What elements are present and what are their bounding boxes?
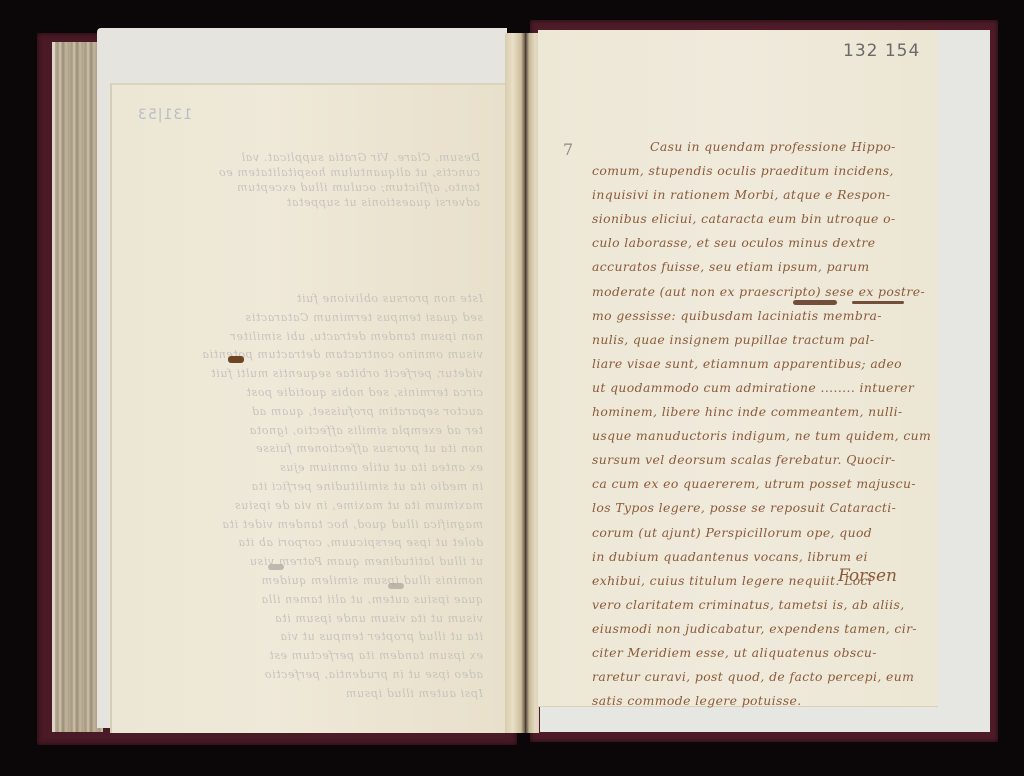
smudge-mark <box>268 564 284 570</box>
text-line: eiusmodi non judicabatur, expendens tame… <box>592 617 932 641</box>
bleed-line: maximum ita ut maxime, in via de ipsius <box>128 497 483 516</box>
strikethrough-blot <box>852 301 904 304</box>
signature: Forsen <box>838 566 897 586</box>
text-line: ut quodammodo cum admiratione ........ i… <box>592 376 932 400</box>
bleed-line: adversi quaestionis ut suppetat <box>140 195 480 210</box>
bleed-line: ita ut illud propter tempus ut via <box>128 628 483 647</box>
manuscript-text: Casu in quendam professione Hippo- comum… <box>592 135 932 713</box>
bleed-line: cunctis, ut aliquantulum hospitalitatem … <box>140 165 480 180</box>
bleed-line: visum ut ita visum unde ipsum ita <box>128 610 483 629</box>
strikethrough-blot <box>793 300 837 305</box>
bleed-line: ut illud latitudinem quam Patrem visu <box>128 553 483 572</box>
bleed-line: ex ipsum tandem ita perfectum est <box>128 647 483 666</box>
folio-number-right: 132 154 <box>843 41 920 61</box>
bleed-line: adeo ipse ut in prudentia, perfectio <box>128 666 483 685</box>
ink-stain <box>228 356 244 363</box>
text-line: sursum vel deorsum scalas ferebatur. Quo… <box>592 448 932 472</box>
gutter-left <box>505 33 525 733</box>
bleed-line: nominis illud ipsum similem quidem <box>128 572 483 591</box>
text-line: liare visae sunt, etiamnum apparentibus;… <box>592 352 932 376</box>
bleed-line: dolet ut ipse perspicuum, corpori ab ita <box>128 534 483 553</box>
text-line: usque manuductoris indigum, ne tum quide… <box>592 424 932 448</box>
margin-mark: 7 <box>563 140 573 159</box>
bleed-line: circa terminis, sed nobis quotidie post <box>128 384 483 403</box>
text-line: corum (ut ajunt) Perspicillorum ope, quo… <box>592 521 932 545</box>
text-line: sionibus eliciui, cataracta eum bin utro… <box>592 207 932 231</box>
text-line: inquisivi in rationem Morbi, atque e Res… <box>592 183 932 207</box>
bleed-line: ex antea ita ut utile omnium ejus <box>128 459 483 478</box>
bleed-line: magnifica illud quod, hoc tandem videt i… <box>128 516 483 535</box>
book-photograph: 131|53 Desum. Clare. Vir Gratia supplica… <box>0 0 1024 776</box>
text-line: los Typos legere, posse se reposuit Cata… <box>592 496 932 520</box>
page-block-edges <box>52 42 103 732</box>
bleed-line: Iste non prorsus oblivione fuit <box>128 290 483 309</box>
text-line: hominem, libere hinc inde commeantem, nu… <box>592 400 932 424</box>
text-line: comum, stupendis oculis praeditum incide… <box>592 159 932 183</box>
bleed-line: non ita ut prorsus affectionem fuisse <box>128 440 483 459</box>
bleed-line: Desum. Clare. Vir Gratia supplicat. val <box>140 150 480 165</box>
bleed-line: in medio ita ut similitudine perfici ita <box>128 478 483 497</box>
text-line: Casu in quendam professione Hippo- <box>592 135 932 159</box>
bleed-line: videtur, perfecit orbitae sequentis mult… <box>128 365 483 384</box>
bleed-line: sed quasi tempus terminum Cataractis <box>128 309 483 328</box>
bleed-line: non ipsum tandem detractu, ubi similiter <box>128 328 483 347</box>
text-line: accuratos fuisse, seu etiam ipsum, parum <box>592 255 932 279</box>
bleed-through-text-main: Iste non prorsus oblivione fuit sed quas… <box>128 290 483 704</box>
text-line: raretur curavi, post quod, de facto perc… <box>592 665 932 689</box>
bleed-line: quae ipsius autem, ut alii tamen illa <box>128 591 483 610</box>
bleed-line: ter ad exempla similis affectio, ignota <box>128 422 483 441</box>
bleed-through-text-top: Desum. Clare. Vir Gratia supplicat. val … <box>140 150 480 210</box>
bleed-line: auctor separatim profuisset, quam ad <box>128 403 483 422</box>
text-line: satis commode legere potuisse. <box>592 689 932 713</box>
text-line: culo laborasse, et seu oculos minus dext… <box>592 231 932 255</box>
text-line: citer Meridiem esse, ut aliquatenus obsc… <box>592 641 932 665</box>
text-line: nulis, quae insignem pupillae tractum pa… <box>592 328 932 352</box>
text-line: mo gessisse: quibusdam laciniatis membra… <box>592 304 932 328</box>
bleed-line: visum omnino contractam detractum potent… <box>128 346 483 365</box>
text-line: ca cum ex eo quaererem, utrum posset maj… <box>592 472 932 496</box>
bleed-line: tanto, afflictum; oculum illud exceptum <box>140 180 480 195</box>
folio-number-left: 131|53 <box>137 107 192 123</box>
gutter-right <box>525 33 539 733</box>
smudge-mark <box>388 583 404 589</box>
bleed-line: Ipsi autem illud ipsum <box>128 685 483 704</box>
text-line: vero claritatem criminatus, tametsi is, … <box>592 593 932 617</box>
